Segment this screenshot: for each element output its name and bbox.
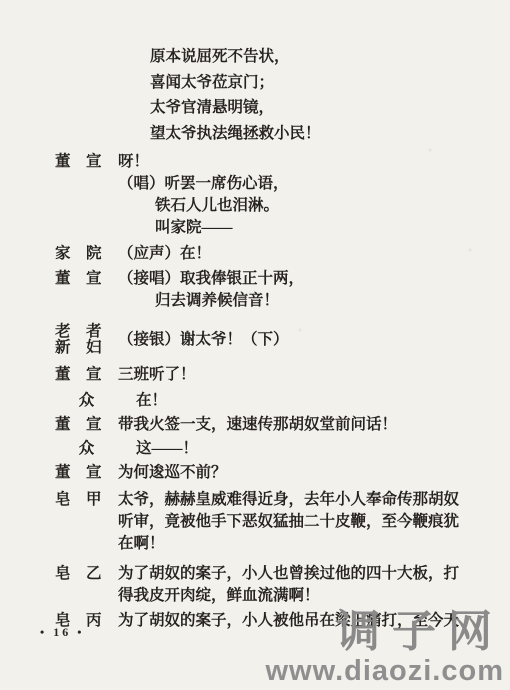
watermark-site-url: www.diaozi.com	[265, 657, 504, 686]
speech-lines: 太爷，赫赫皇威难得近身，去年小人奉命传那胡奴听审，竟被他手下恶奴猛抽二十皮鞭，至…	[118, 489, 474, 555]
speech-lines: （接银）谢太爷！（下）	[118, 329, 474, 351]
script-entry: 董 宣为何逡巡不前？	[55, 462, 474, 484]
speaker-name-line: 董 宣	[55, 151, 118, 173]
speech-line: 听审，竟被他手下恶奴猛抽二十皮鞭，至今鞭痕犹	[118, 511, 474, 533]
speech-line: 带我火签一支，速速传那胡奴堂前问话！	[118, 414, 474, 436]
verse-line: 喜闻太爷莅京门；	[150, 70, 474, 96]
script-entry: 董 宣带我火签一支，速速传那胡奴堂前问话！	[55, 414, 474, 436]
script-entries: 董 宣呀！（唱）听罢一席伤心语，铁石人儿也泪淋。叫家院——家 院（应声）在！董 …	[55, 151, 474, 632]
speaker-name-line: 董 宣	[55, 268, 118, 290]
speaker-name: 皂 甲	[55, 489, 118, 555]
speech-line: 在！	[136, 390, 474, 412]
page-number-value: 16	[53, 625, 71, 639]
speech-line: 为了胡奴的案子，小人被他吊在梁上痛打，至今天	[118, 610, 474, 632]
page-number-dot-right: •	[77, 625, 84, 639]
speaker-name-line: 皂 甲	[55, 489, 118, 511]
speech-line: （接银）谢太爷！（下）	[118, 329, 474, 351]
verse-line: 太爷官清悬明镜，	[150, 95, 474, 121]
speech-line: 呀！	[118, 151, 474, 173]
speaker-name: 皂 乙	[55, 563, 118, 607]
speaker-name-line: 皂 乙	[55, 563, 118, 585]
speech-line: （接唱）取我俸银正十两，	[118, 268, 474, 290]
script-entry: 皂 乙为了胡奴的案子，小人也曾挨过他的四十大板，打得我皮开肉绽，鲜血流满啊！	[55, 563, 474, 607]
script-entry: 众在！	[55, 390, 474, 412]
page-number-dot-left: •	[40, 625, 47, 639]
speech-lines: （应声）在！	[118, 243, 474, 265]
speech-line: 太爷，赫赫皇威难得近身，去年小人奉命传那胡奴	[118, 489, 474, 511]
speaker-name: 董 宣	[55, 268, 118, 312]
speaker-name: 董 宣	[55, 414, 118, 436]
script-entry: 皂 甲太爷，赫赫皇威难得近身，去年小人奉命传那胡奴听审，竟被他手下恶奴猛抽二十皮…	[55, 489, 474, 555]
speech-line: 为何逡巡不前？	[118, 462, 474, 484]
sung-verse-line: 铁石人儿也泪淋。	[155, 195, 474, 217]
script-entry: 众这——！	[55, 438, 474, 460]
speech-line: （应声）在！	[118, 243, 474, 265]
scanned-page: 原本说屈死不告状，喜闻太爷莅京门；太爷官清悬明镜，望太爷执法绳拯救小民！ 董 宣…	[0, 0, 510, 690]
speech-lines: 为何逡巡不前？	[118, 462, 474, 484]
script-entry: 家 院（应声）在！	[55, 243, 474, 265]
script-entry: 董 宣（接唱）取我俸银正十两，归去调养候信音！	[55, 268, 474, 312]
speaker-name: 老 者新 妇	[55, 324, 118, 356]
opening-verse: 原本说屈死不告状，喜闻太爷莅京门；太爷官清悬明镜，望太爷执法绳拯救小民！	[150, 44, 474, 146]
script-content: 原本说屈死不告状，喜闻太爷莅京门；太爷官清悬明镜，望太爷执法绳拯救小民！ 董 宣…	[55, 44, 474, 632]
speech-lines: 在！	[136, 390, 474, 412]
sung-verse-line: 归去调养候信音！	[155, 290, 474, 312]
speech-line: （唱）听罢一席伤心语，	[118, 173, 474, 195]
speaker-name-line: 众	[55, 438, 118, 460]
speech-line: 得我皮开肉绽，鲜血流满啊！	[118, 585, 474, 607]
speech-line: 这——！	[136, 438, 474, 460]
script-entry: 董 宣三班听了！	[55, 364, 474, 386]
speech-line: 在啊！	[118, 533, 474, 555]
speaker-name-line: 董 宣	[55, 414, 118, 436]
speaker-name-line: 董 宣	[55, 462, 118, 484]
speaker-name-line: 董 宣	[55, 364, 118, 386]
speech-lines: （接唱）取我俸银正十两，归去调养候信音！	[118, 268, 474, 312]
verse-line: 原本说屈死不告状，	[150, 44, 474, 70]
sung-verse-line: 叫家院——	[155, 217, 474, 239]
speaker-name-line: 老 者	[55, 324, 118, 340]
speaker-name: 家 院	[55, 243, 118, 265]
speech-lines: 为了胡奴的案子，小人被他吊在梁上痛打，至今天	[118, 610, 474, 632]
script-entry: 董 宣呀！（唱）听罢一席伤心语，铁石人儿也泪淋。叫家院——	[55, 151, 474, 239]
speaker-name-line: 众	[55, 390, 118, 412]
verse-line: 望太爷执法绳拯救小民！	[150, 121, 474, 147]
speaker-name: 众	[55, 438, 136, 460]
script-entry: 老 者新 妇（接银）谢太爷！（下）	[55, 324, 474, 356]
speech-line: 为了胡奴的案子，小人也曾挨过他的四十大板，打	[118, 563, 474, 585]
speech-lines: 三班听了！	[118, 364, 474, 386]
speaker-name: 董 宣	[55, 151, 118, 239]
speaker-name: 董 宣	[55, 462, 118, 484]
speech-lines: 呀！（唱）听罢一席伤心语，铁石人儿也泪淋。叫家院——	[118, 151, 474, 239]
script-entry: 皂 丙为了胡奴的案子，小人被他吊在梁上痛打，至今天	[55, 610, 474, 632]
speech-lines: 为了胡奴的案子，小人也曾挨过他的四十大板，打得我皮开肉绽，鲜血流满啊！	[118, 563, 474, 607]
speech-lines: 带我火签一支，速速传那胡奴堂前问话！	[118, 414, 474, 436]
speaker-name: 众	[55, 390, 136, 412]
speaker-name: 董 宣	[55, 364, 118, 386]
speech-lines: 这——！	[136, 438, 474, 460]
speech-line: 三班听了！	[118, 364, 474, 386]
page-number: • 16 •	[40, 625, 84, 640]
speaker-name-line: 家 院	[55, 243, 118, 265]
speaker-name-line: 新 妇	[55, 340, 118, 356]
